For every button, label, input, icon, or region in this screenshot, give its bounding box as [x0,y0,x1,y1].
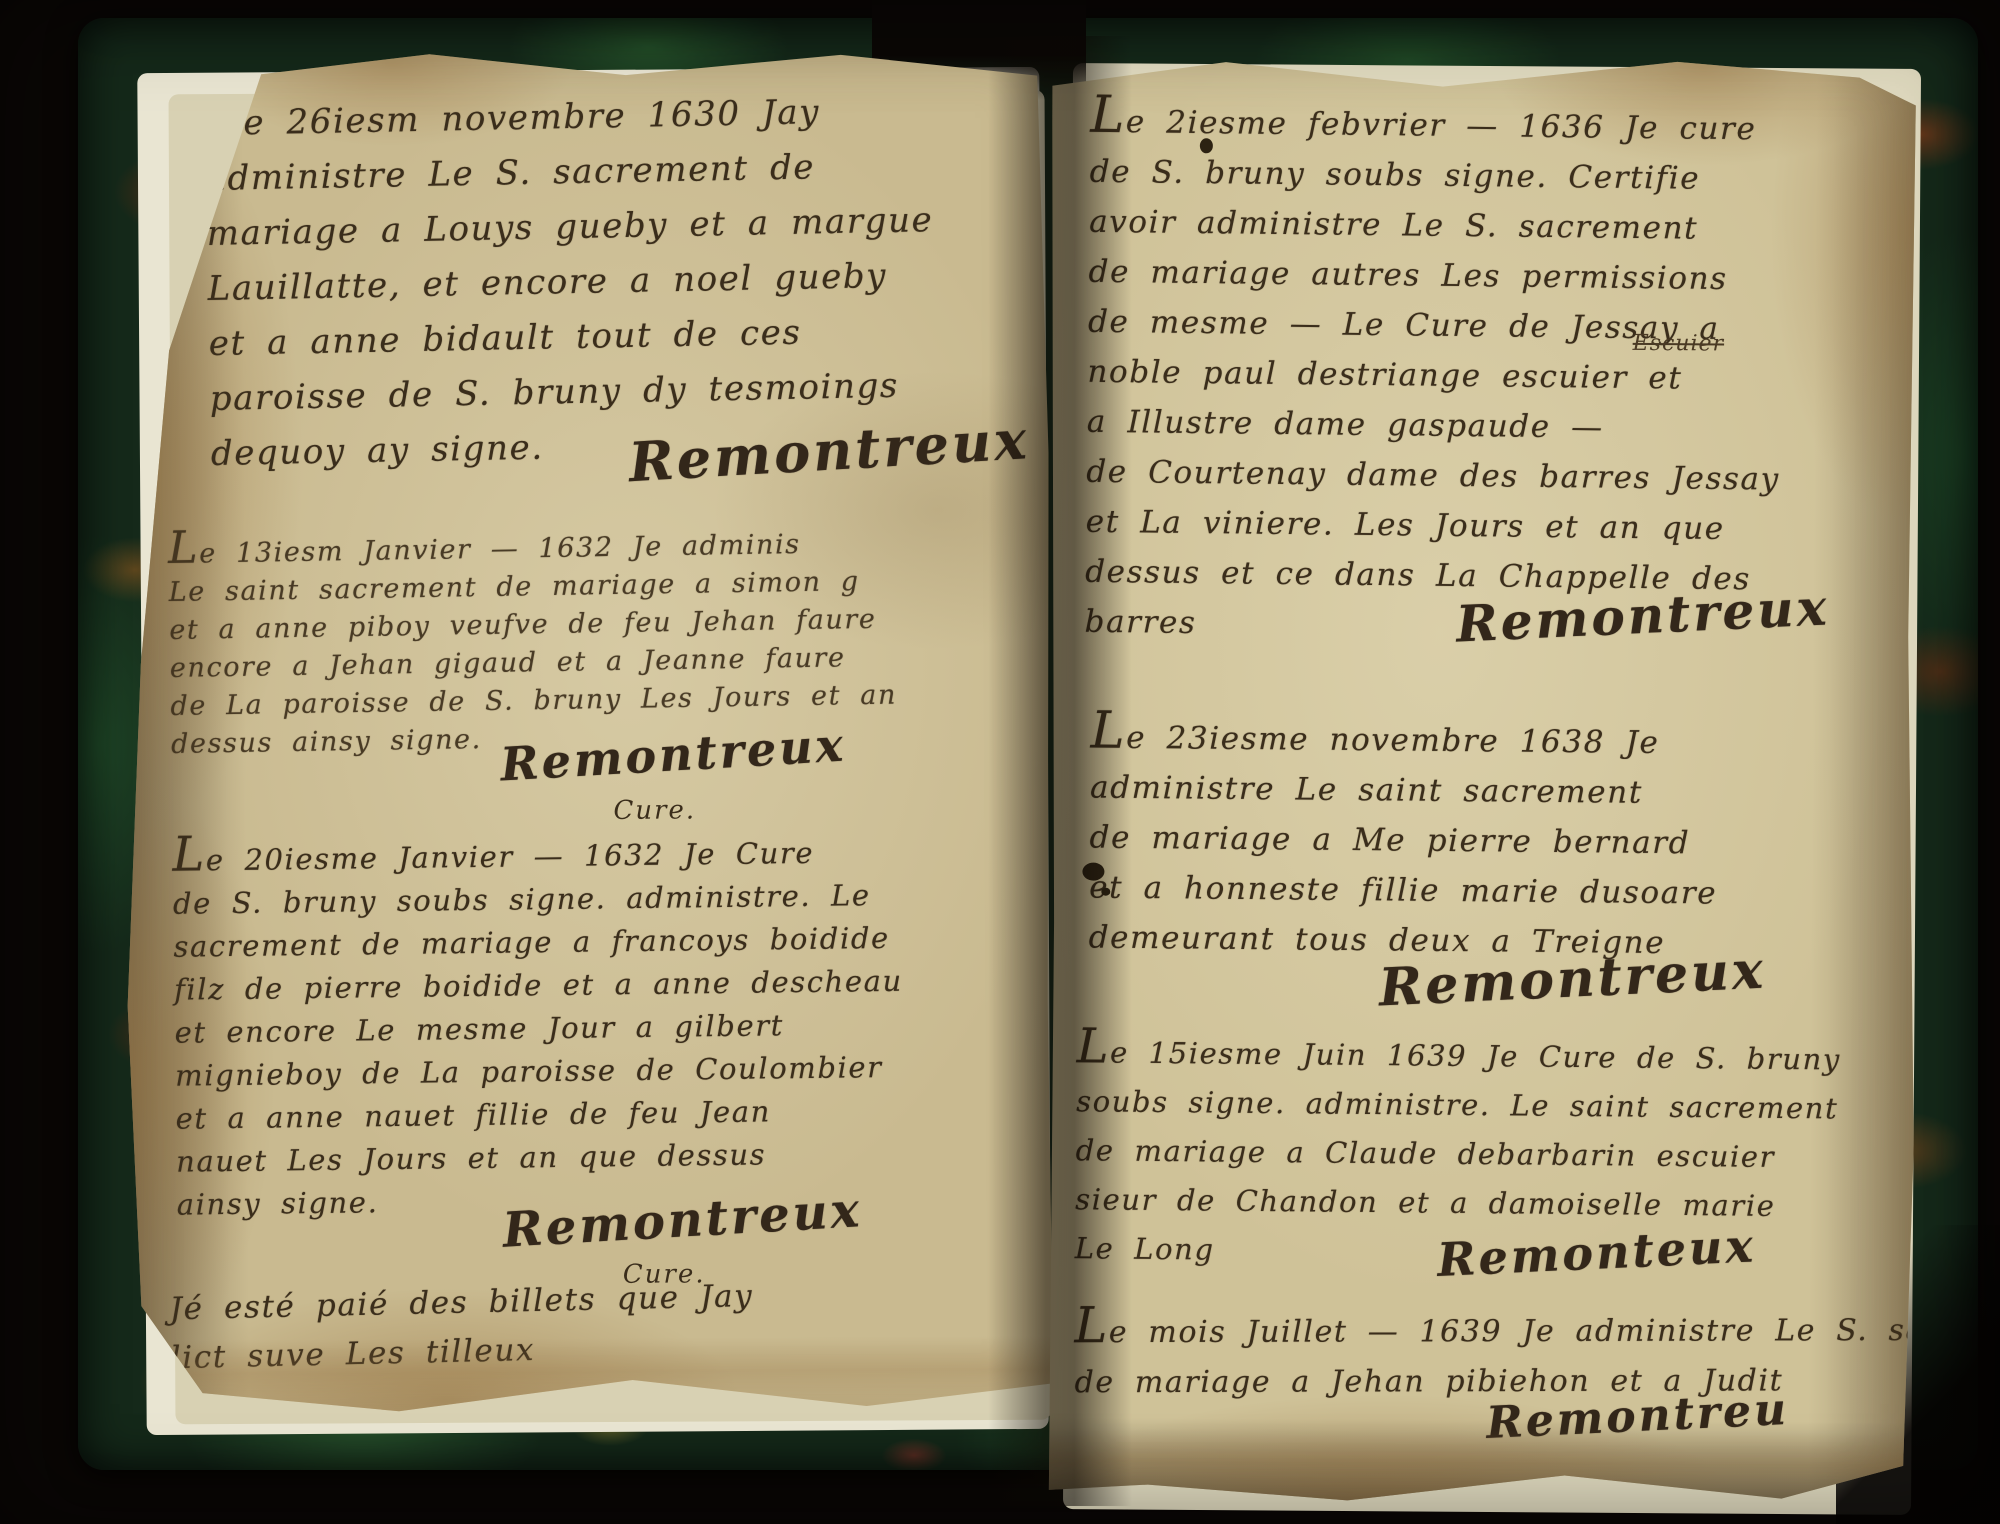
manuscript-line: et a honneste fillie marie dusoare [1089,863,1717,919]
manuscript-line: Le 23iesme novembre 1638 Je [1090,712,1719,769]
manuscript-line: de mariage a Me pierre bernard [1089,813,1717,869]
manuscript-line: Le mois Juillet — 1639 Je administre Le … [1074,1304,1925,1358]
manuscript-line: mignieboy de La paroisse de Coulombier [175,1046,904,1098]
manuscript-line: de Courtenay dame des barres Jessay [1086,447,1780,505]
manuscript-photo: Le 26iesm novembre 1630 Jay administre L… [0,0,2000,1524]
marriage-entry-1638-nov23: Le 23iesme novembre 1638 Je administre L… [1088,712,1718,969]
right-page: Le 2iesme febvrier — 1636 Je cure de S. … [1044,49,1921,1509]
marriage-entry-1632-jan20: Le 20iesme Janvier — 1632 Je Cure de S. … [172,828,905,1227]
manuscript-line: de mariage a Claude debarbarin escuier [1075,1126,1840,1182]
signature-title-cure: Cure. [613,795,696,825]
manuscript-line: administre Le saint sacrement [1090,763,1718,819]
manuscript-line: de mariage autres Les permissions [1088,247,1782,305]
ink-blot [1200,138,1213,153]
left-page: Le 26iesm novembre 1630 Jay administre L… [111,46,1053,1416]
marriage-entry-1636-feb2: Le 2iesme febvrier — 1636 Je cure de S. … [1084,96,1784,655]
manuscript-line: Le 15iesme Juin 1639 Je Cure de S. bruny [1076,1028,1841,1084]
manuscript-line: de S. bruny soubs signe. Certifie [1089,147,1783,205]
interline-annotation-escuier: Escuier [1633,331,1725,357]
manuscript-line: Le 2iesme febvrier — 1636 Je cure [1090,96,1784,155]
manuscript-line: soubs signe. administre. Le saint sacrem… [1076,1077,1841,1133]
manuscript-line: a Illustre dame gaspaude — [1087,397,1781,455]
manuscript-line: et La viniere. Les Jours et an que [1086,497,1780,555]
ink-blot [1101,888,1110,896]
ink-blot [1082,863,1104,881]
manuscript-line: filz de pierre boidide et a anne deschea… [174,960,903,1012]
marriage-entry-1639-jul: Le mois Juillet — 1639 Je administre Le … [1074,1304,1925,1408]
manuscript-line: avoir administre Le S. sacrement [1089,197,1783,255]
